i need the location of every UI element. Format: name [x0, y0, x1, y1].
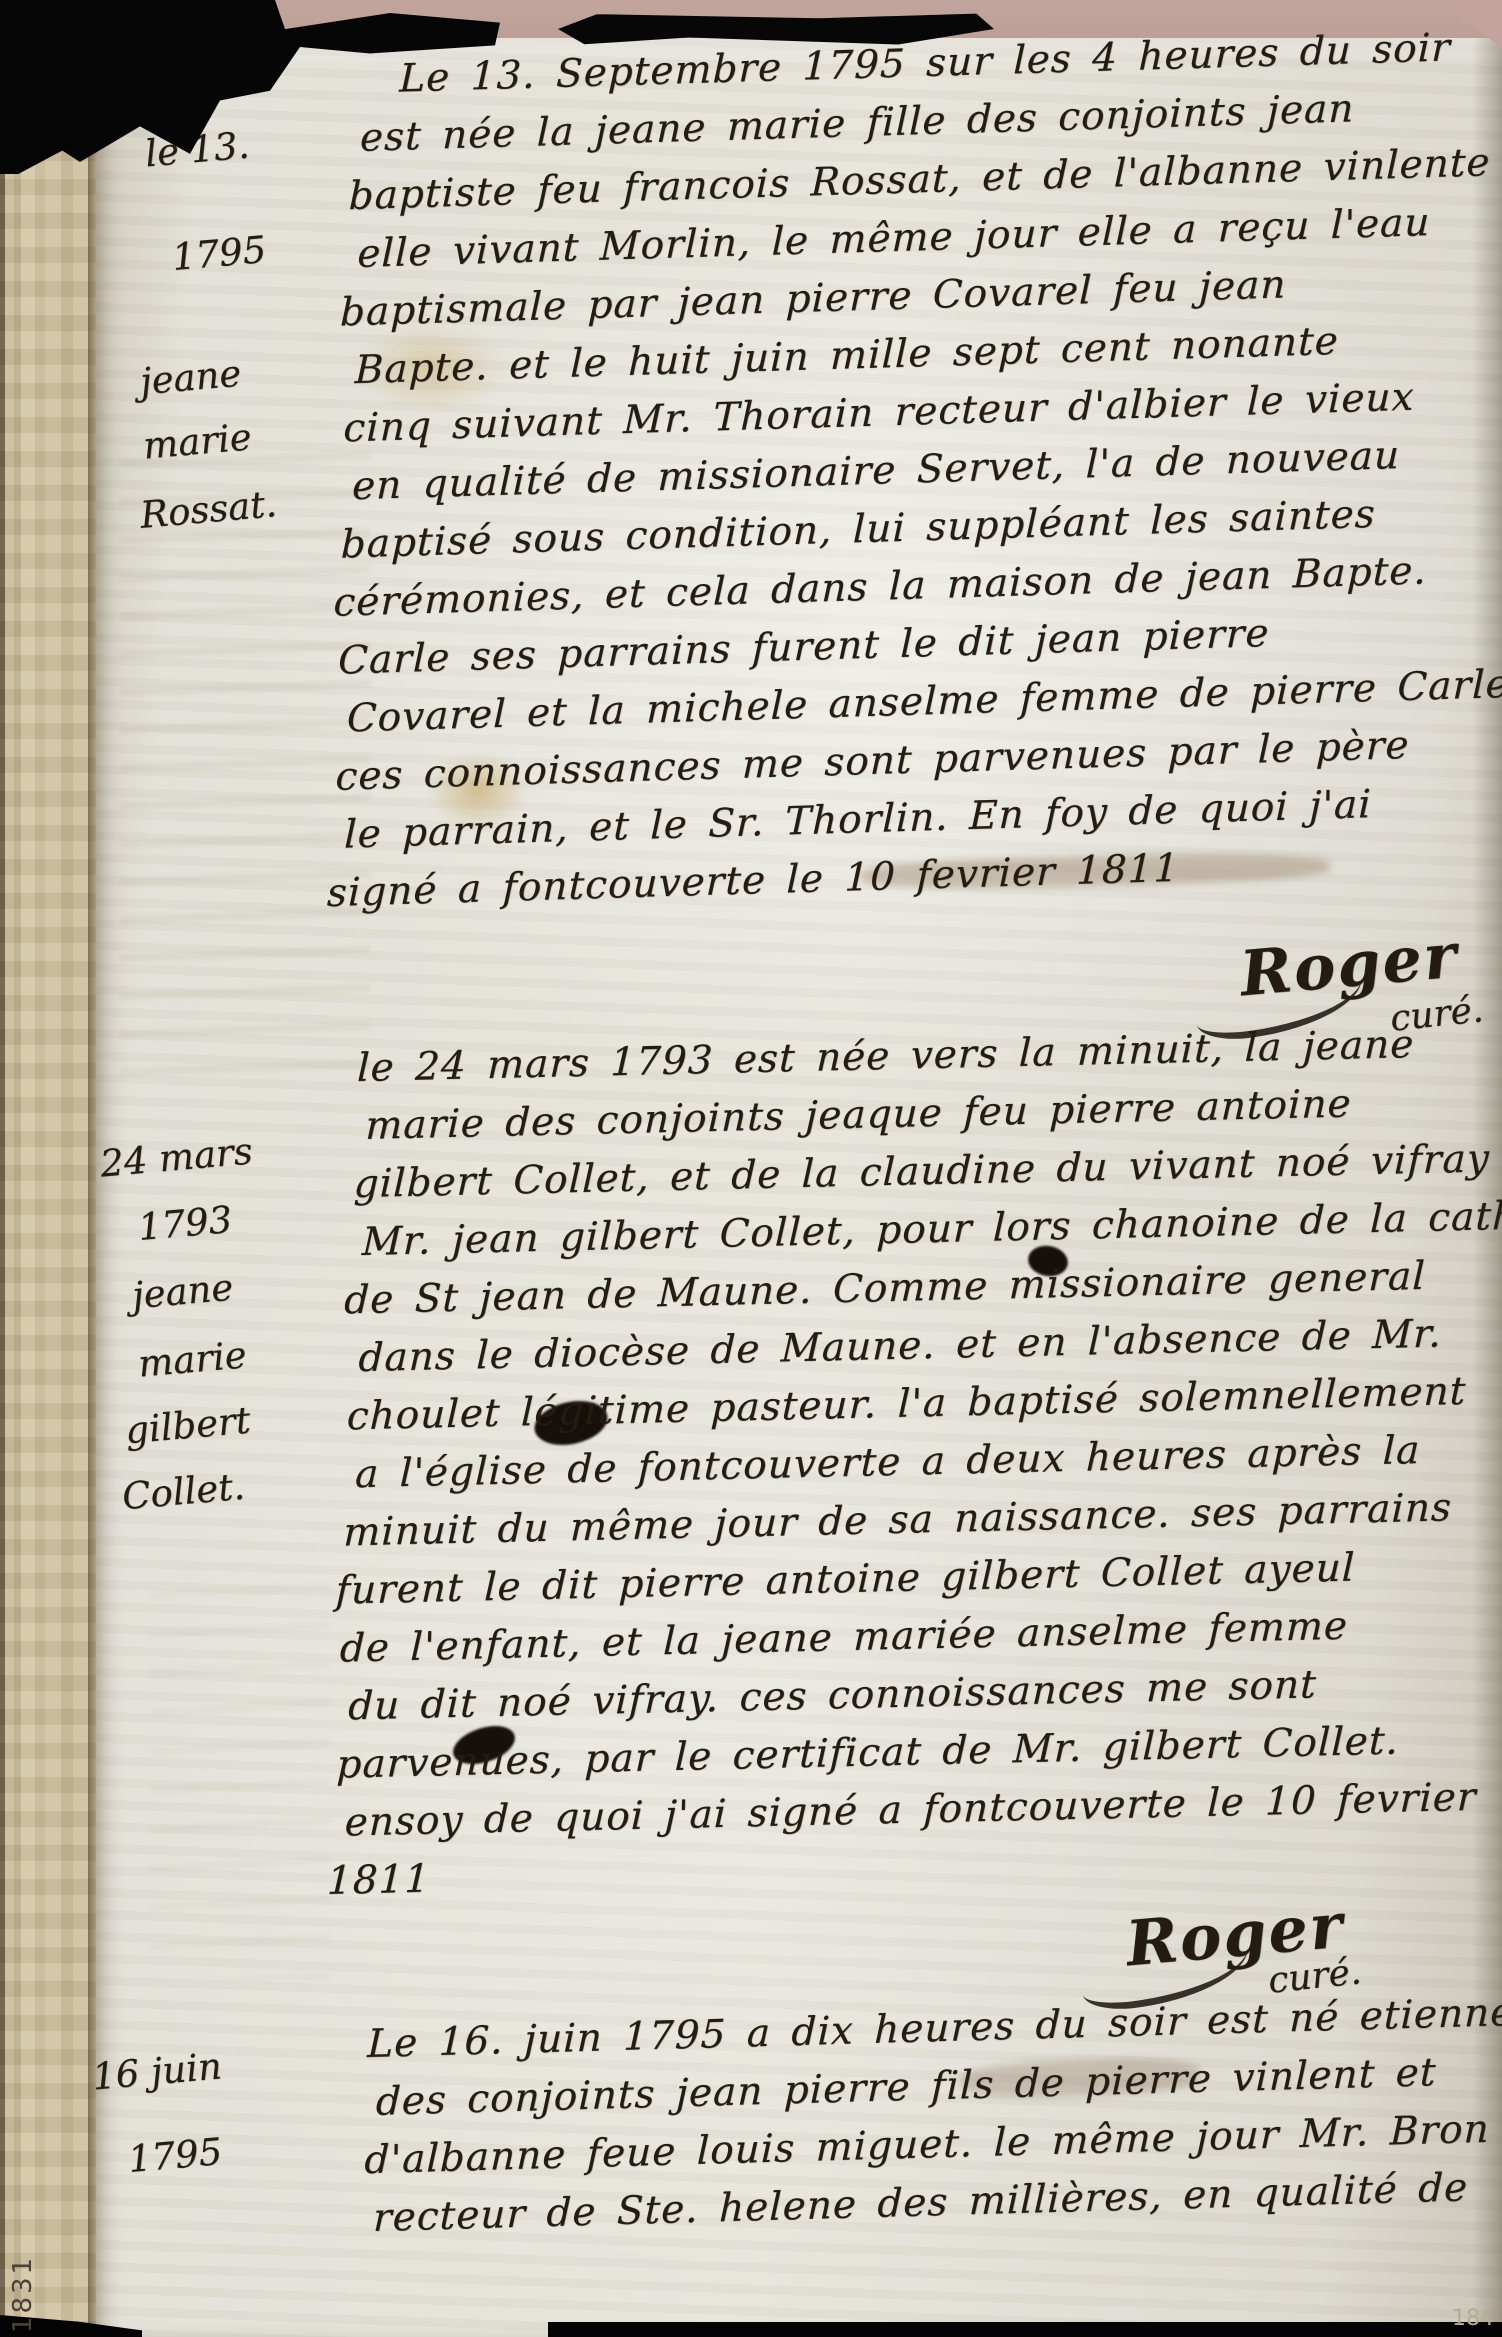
register-entry-collet: le 24 mars 1793 est née vers la minuit, … [358, 1040, 1502, 1910]
priest-signature: Roger curé. [1240, 928, 1458, 1001]
scan-artifact-black-bar [548, 2322, 1502, 2337]
edge-number-mark: 1831 [8, 2255, 38, 2333]
book-page-edges [0, 34, 98, 2337]
edge-number-mark: 184 [1452, 2306, 1494, 2331]
ink-showthrough [150, 1560, 330, 1980]
margin-year: 1795 [126, 2130, 224, 2181]
margin-year: 1793 [136, 1198, 234, 1249]
margin-name: jeane [138, 352, 243, 404]
register-entry-rossat: Le 13. Septembre 1795 sur les 4 heures d… [352, 52, 1502, 922]
priest-signature: Roger curé. [1126, 1898, 1344, 1971]
scanned-parish-register-photo: { "colors": { "paper": "#e3e1d8", "ink":… [0, 0, 1502, 2337]
margin-year: 1795 [170, 228, 268, 279]
margin-name: jeane [130, 1266, 235, 1318]
register-entry-16-juin: Le 16. juin 1795 a dix heures du soir es… [368, 2016, 1502, 2248]
